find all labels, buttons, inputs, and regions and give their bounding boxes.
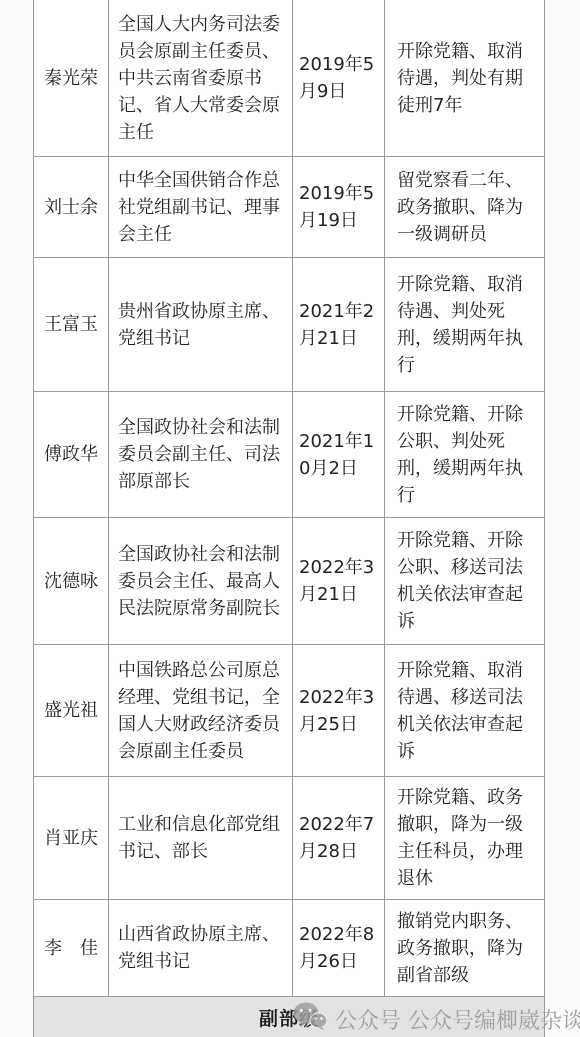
official-name: 秦光荣 (44, 65, 98, 92)
official-position: 全国政协社会和法制委员会副主任、司法部原部长 (118, 414, 283, 495)
official-position: 工业和信息化部党组书记、部长 (118, 811, 283, 865)
punishment-text: 留党察看二年、政务撤职、降为一级调研员 (397, 167, 532, 248)
punishment-cell: 开除党籍、政务撤职，降为一级主任科员，办理退休 (385, 777, 544, 899)
announcement-date: 2022年3 月25日 (299, 684, 374, 738)
officials-punishment-table: 秦光荣 全国人大内务司法委员会原副主任委员、中共云南省委原书记、省人大常委会原主… (33, 0, 545, 1037)
name-cell: 秦光荣 (34, 0, 109, 156)
date-cell: 2021年1 0月2日 (293, 392, 385, 517)
official-name: 王富玉 (44, 311, 98, 338)
table-row: 肖亚庆 工业和信息化部党组书记、部长 2022年7 月28日 开除党籍、政务撤职… (34, 777, 544, 900)
table-row: 沈德咏 全国政协社会和法制委员会主任、最高人民法院原常务副院长 2022年3 月… (34, 518, 544, 645)
punishment-text: 开除党籍、开除公职、移送司法机关依法审查起诉 (397, 527, 532, 635)
punishment-text: 开除党籍、政务撤职，降为一级主任科员，办理退休 (397, 784, 532, 892)
official-name: 刘士余 (44, 194, 98, 221)
announcement-date: 2022年3 月21日 (299, 554, 374, 608)
punishment-text: 开除党籍、取消待遇、判处死刑，缓期两年执行 (397, 271, 532, 379)
official-name: 李 佳 (44, 935, 98, 962)
table-row: 李 佳 山西省政协原主席、党组书记 2022年8 月26日 撤销党内职务、政务撤… (34, 900, 544, 997)
official-name: 傅政华 (44, 441, 98, 468)
table-row: 盛光祖 中国铁路总公司原总经理、党组书记，全国人大财政经济委员会原副主任委员 2… (34, 645, 544, 777)
announcement-date: 2019年5 月19日 (299, 180, 374, 234)
table-row: 王富玉 贵州省政协原主席、党组书记 2021年2 月21日 开除党籍、取消待遇、… (34, 258, 544, 392)
table-row: 刘士余 中华全国供销合作总社党组副书记、理事会主任 2019年5 月19日 留党… (34, 157, 544, 258)
announcement-date: 2022年8 月26日 (299, 921, 374, 975)
punishment-cell: 开除党籍、取消待遇，判处有期徒刑7年 (385, 0, 544, 156)
announcement-date: 2021年2 月21日 (299, 298, 374, 352)
official-name: 沈德咏 (44, 568, 98, 595)
date-cell: 2022年7 月28日 (293, 777, 385, 899)
name-cell: 肖亚庆 (34, 777, 109, 899)
name-cell: 李 佳 (34, 900, 109, 996)
date-cell: 2021年2 月21日 (293, 258, 385, 391)
official-position: 贵州省政协原主席、党组书记 (118, 298, 283, 352)
position-cell: 山西省政协原主席、党组书记 (109, 900, 293, 996)
name-cell: 盛光祖 (34, 645, 109, 776)
table-row: 秦光荣 全国人大内务司法委员会原副主任委员、中共云南省委原书记、省人大常委会原主… (34, 0, 544, 157)
page: 秦光荣 全国人大内务司法委员会原副主任委员、中共云南省委原书记、省人大常委会原主… (0, 0, 580, 1037)
official-position: 山西省政协原主席、党组书记 (118, 921, 283, 975)
punishment-text: 撤销党内职务、政务撤职，降为副省部级 (397, 908, 532, 989)
table-row: 傅政华 全国政协社会和法制委员会副主任、司法部原部长 2021年1 0月2日 开… (34, 392, 544, 518)
rank-section-header: 副部级 (34, 997, 544, 1037)
position-cell: 中华全国供销合作总社党组副书记、理事会主任 (109, 157, 293, 257)
date-cell: 2022年3 月21日 (293, 518, 385, 644)
official-position: 中国铁路总公司原总经理、党组书记，全国人大财政经济委员会原副主任委员 (118, 657, 283, 765)
position-cell: 贵州省政协原主席、党组书记 (109, 258, 293, 391)
position-cell: 全国政协社会和法制委员会副主任、司法部原部长 (109, 392, 293, 517)
punishment-cell: 开除党籍、开除公职、判处死刑，缓期两年执行 (385, 392, 544, 517)
official-name: 盛光祖 (44, 697, 98, 724)
rank-section-label: 副部级 (259, 1004, 319, 1031)
punishment-text: 开除党籍、取消待遇、移送司法机关依法审查起诉 (397, 657, 532, 765)
official-position: 中华全国供销合作总社党组副书记、理事会主任 (118, 167, 283, 248)
announcement-date: 2019年5 月9日 (299, 51, 374, 105)
position-cell: 全国政协社会和法制委员会主任、最高人民法院原常务副院长 (109, 518, 293, 644)
punishment-text: 开除党籍、取消待遇，判处有期徒刑7年 (397, 38, 532, 119)
punishment-text: 开除党籍、开除公职、判处死刑，缓期两年执行 (397, 401, 532, 509)
announcement-date: 2021年1 0月2日 (299, 428, 374, 482)
name-cell: 傅政华 (34, 392, 109, 517)
official-position: 全国政协社会和法制委员会主任、最高人民法院原常务副院长 (118, 541, 283, 622)
punishment-cell: 留党察看二年、政务撤职、降为一级调研员 (385, 157, 544, 257)
official-name: 肖亚庆 (44, 825, 98, 852)
date-cell: 2019年5 月9日 (293, 0, 385, 156)
date-cell: 2022年3 月25日 (293, 645, 385, 776)
name-cell: 沈德咏 (34, 518, 109, 644)
date-cell: 2019年5 月19日 (293, 157, 385, 257)
punishment-cell: 撤销党内职务、政务撤职，降为副省部级 (385, 900, 544, 996)
name-cell: 王富玉 (34, 258, 109, 391)
official-position: 全国人大内务司法委员会原副主任委员、中共云南省委原书记、省人大常委会原主任 (118, 11, 283, 146)
position-cell: 中国铁路总公司原总经理、党组书记，全国人大财政经济委员会原副主任委员 (109, 645, 293, 776)
position-cell: 全国人大内务司法委员会原副主任委员、中共云南省委原书记、省人大常委会原主任 (109, 0, 293, 156)
punishment-cell: 开除党籍、开除公职、移送司法机关依法审查起诉 (385, 518, 544, 644)
punishment-cell: 开除党籍、取消待遇、判处死刑，缓期两年执行 (385, 258, 544, 391)
punishment-cell: 开除党籍、取消待遇、移送司法机关依法审查起诉 (385, 645, 544, 776)
name-cell: 刘士余 (34, 157, 109, 257)
date-cell: 2022年8 月26日 (293, 900, 385, 996)
position-cell: 工业和信息化部党组书记、部长 (109, 777, 293, 899)
announcement-date: 2022年7 月28日 (299, 811, 374, 865)
